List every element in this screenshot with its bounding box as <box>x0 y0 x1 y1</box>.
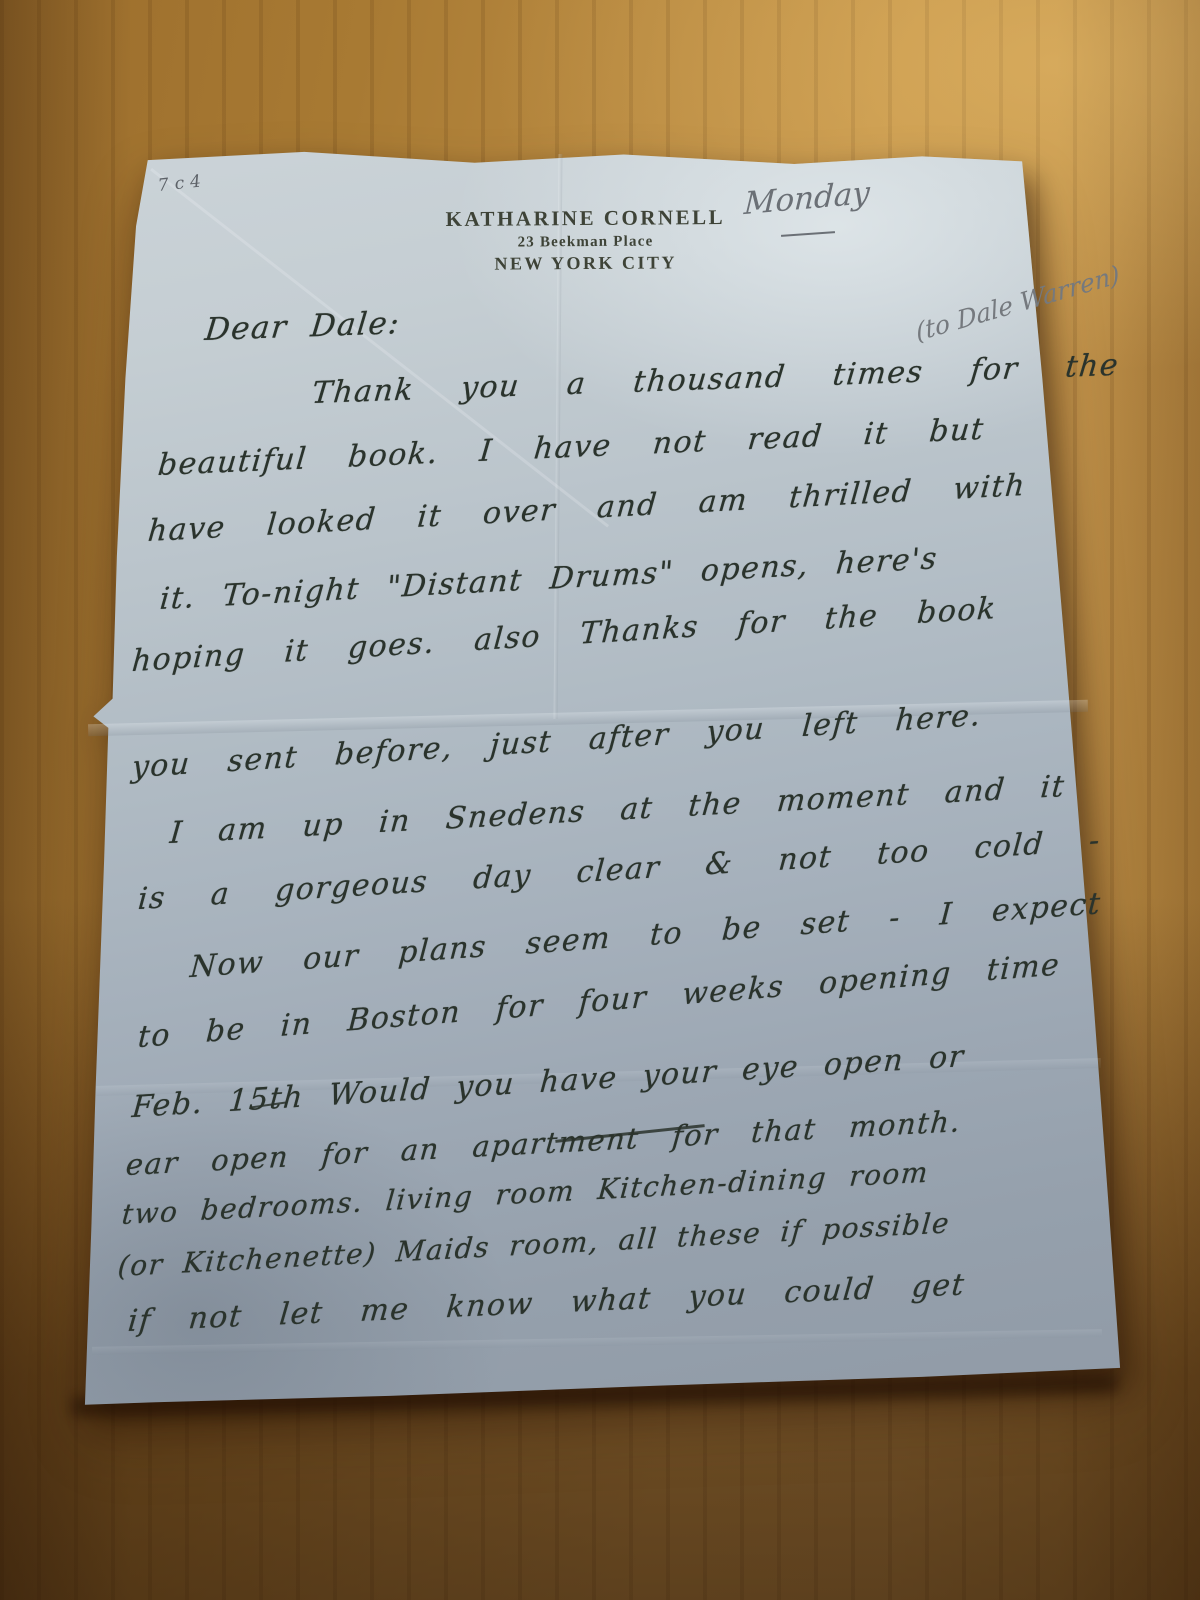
photo-of-letter: KATHARINE CORNELL 23 Beekman Place NEW Y… <box>0 0 1200 1600</box>
salutation: Dear Dale: <box>203 305 402 348</box>
letterhead-street: 23 Beekman Place <box>398 233 773 253</box>
letterhead: KATHARINE CORNELL 23 Beekman Place NEW Y… <box>398 205 773 276</box>
letterhead-name: KATHARINE CORNELL <box>398 205 773 233</box>
letterhead-city: NEW YORK CITY <box>398 252 773 276</box>
